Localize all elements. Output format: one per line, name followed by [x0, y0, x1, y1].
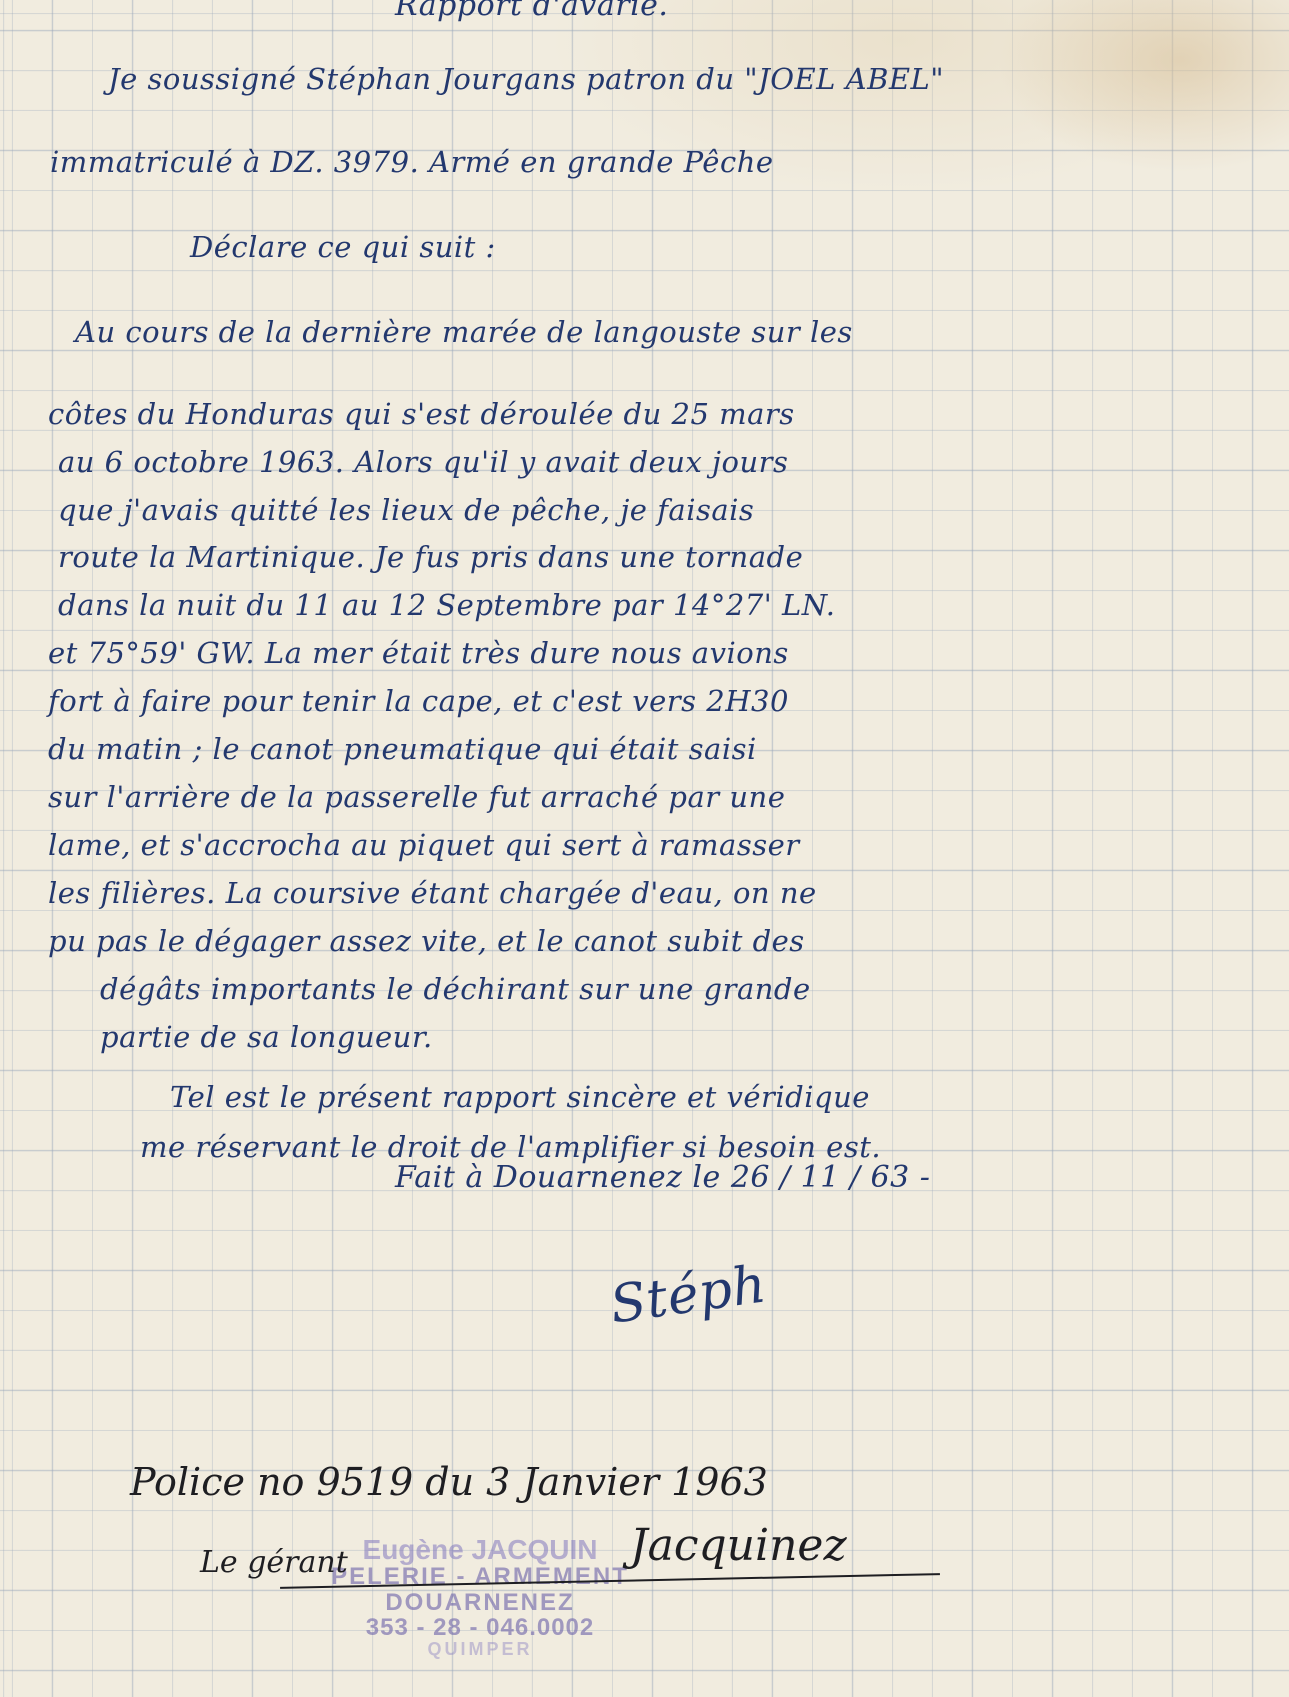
declaration-intro: Déclare ce qui suit :: [190, 230, 496, 264]
body-line-6: dans la nuit du 11 au 12 Septembre par 1…: [58, 588, 835, 622]
body-line-8: fort à faire pour tenir la cape, et c'es…: [48, 684, 789, 718]
body-line-5: route la Martinique. Je fus pris dans un…: [58, 540, 803, 574]
scanned-document-page: Rapport d'avarie. Je soussigné Stéphan J…: [0, 0, 1289, 1697]
body-line-3: au 6 octobre 1963. Alors qu'il y avait d…: [58, 445, 788, 479]
body-line-11: lame, et s'accrocha au piquet qui sert à…: [48, 828, 800, 862]
gerant-label: Le gérant: [200, 1545, 348, 1580]
body-line-10: sur l'arrière de la passerelle fut arrac…: [48, 780, 785, 814]
body-line-14: dégâts importants le déchirant sur une g…: [100, 972, 811, 1006]
stamp-name: Eugène JACQUIN: [330, 1535, 630, 1564]
body-line-4: que j'avais quitté les lieux de pêche, j…: [58, 493, 754, 527]
closing-line-1: Tel est le présent rapport sincère et vé…: [170, 1080, 870, 1114]
stamp-town: DOUARNENEZ: [330, 1590, 630, 1615]
body-line-7: et 75°59' GW. La mer était très dure nou…: [48, 636, 789, 670]
closing-line-2: me réservant le droit de l'amplifier si …: [140, 1130, 881, 1164]
document-title: Rapport d'avarie.: [395, 0, 668, 23]
police-number-line: Police no 9519 du 3 Janvier 1963: [130, 1460, 768, 1504]
body-line-13: pu pas le dégager assez vite, et le cano…: [48, 924, 805, 958]
skipper-signature: Stéph: [607, 1254, 770, 1335]
gerant-signature: Jacquinez: [630, 1520, 847, 1571]
body-line-2: côtes du Honduras qui s'est déroulée du …: [48, 397, 795, 431]
body-line-15: partie de sa longueur.: [100, 1020, 433, 1054]
stamp-city: QUIMPER: [330, 1640, 630, 1659]
body-line-12: les filières. La coursive étant chargée …: [48, 876, 817, 910]
company-stamp: Eugène JACQUIN PELERIE - ARMEMENT DOUARN…: [330, 1535, 630, 1659]
body-line-9: du matin ; le canot pneumatique qui étai…: [48, 732, 757, 766]
header-line-1: Je soussigné Stéphan Jourgans patron du …: [108, 62, 944, 96]
stamp-number: 353 - 28 - 046.0002: [330, 1615, 630, 1640]
place-and-date: Fait à Douarnenez le 26 / 11 / 63 -: [395, 1160, 930, 1195]
header-line-2: immatriculé à DZ. 3979. Armé en grande P…: [50, 145, 774, 179]
body-line-1: Au cours de la dernière marée de langous…: [75, 315, 853, 349]
